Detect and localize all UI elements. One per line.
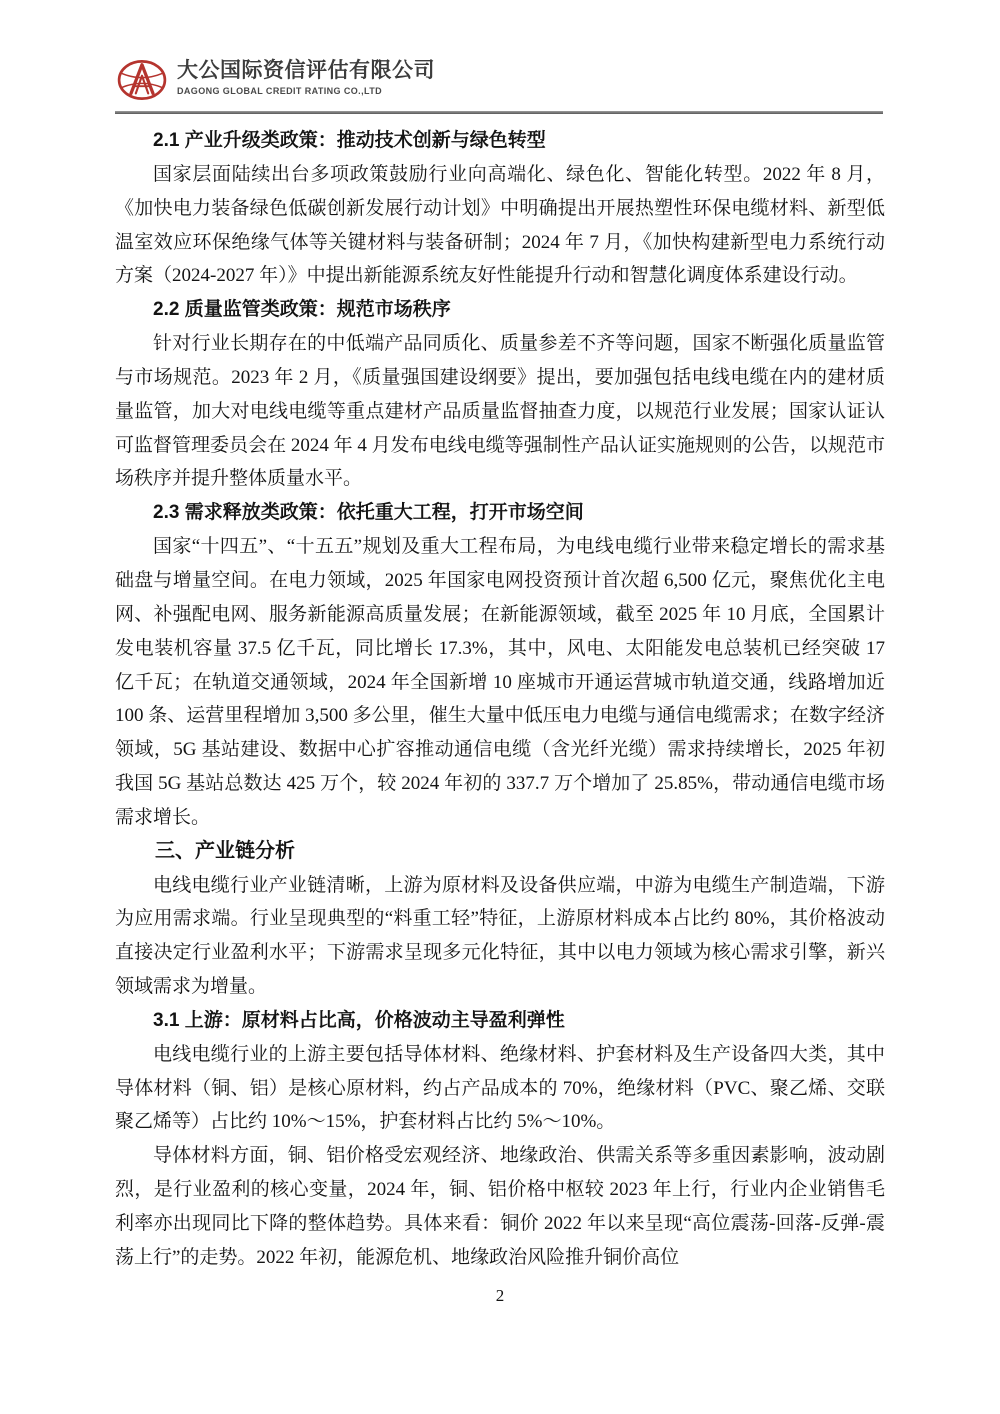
company-name-cn: 大公国际资信评估有限公司: [177, 59, 435, 83]
paragraph-policy-upgrade: 国家层面陆续出台多项政策鼓励行业向高端化、绿色化、智能化转型。2022 年 8 …: [115, 158, 885, 293]
chapter-heading-3: 三、产业链分析: [115, 835, 885, 869]
document-body: 2.1 产业升级类政策：推动技术创新与绿色转型 国家层面陆续出台多项政策鼓励行业…: [115, 124, 885, 1275]
paragraph-demand-release: 国家“十四五”、“十五五”规划及重大工程布局，为电线电缆行业带来稳定增长的需求基…: [115, 530, 885, 835]
company-name-en: DAGONG GLOBAL CREDIT RATING CO.,LTD: [177, 86, 435, 96]
report-page: 大公国际资信评估有限公司 DAGONG GLOBAL CREDIT RATING…: [0, 0, 1000, 1414]
header-divider-rule: [115, 111, 883, 114]
company-brand-text: 大公国际资信评估有限公司 DAGONG GLOBAL CREDIT RATING…: [177, 59, 435, 96]
paragraph-chain-overview: 电线电缆行业产业链清晰，上游为原材料及设备供应端，中游为电缆生产制造端，下游为应…: [115, 869, 885, 1004]
page-number: 2: [0, 1286, 1000, 1306]
paragraph-upstream: 电线电缆行业的上游主要包括导体材料、绝缘材料、护套材料及生产设备四大类，其中导体…: [115, 1038, 885, 1140]
section-heading-2-1: 2.1 产业升级类政策：推动技术创新与绿色转型: [115, 124, 885, 158]
paragraph-quality-reg: 针对行业长期存在的中低端产品同质化、质量参差不齐等问题，国家不断强化质量监管与市…: [115, 327, 885, 496]
section-heading-2-3: 2.3 需求释放类政策：依托重大工程，打开市场空间: [115, 496, 885, 530]
company-header: 大公国际资信评估有限公司 DAGONG GLOBAL CREDIT RATING…: [117, 59, 435, 101]
dagong-globe-logo-icon: [117, 59, 167, 101]
section-heading-3-1: 3.1 上游：原材料占比高，价格波动主导盈利弹性: [115, 1004, 885, 1038]
paragraph-conductor: 导体材料方面，铜、铝价格受宏观经济、地缘政治、供需关系等多重因素影响，波动剧烈，…: [115, 1139, 885, 1274]
section-heading-2-2: 2.2 质量监管类政策：规范市场秩序: [115, 293, 885, 327]
